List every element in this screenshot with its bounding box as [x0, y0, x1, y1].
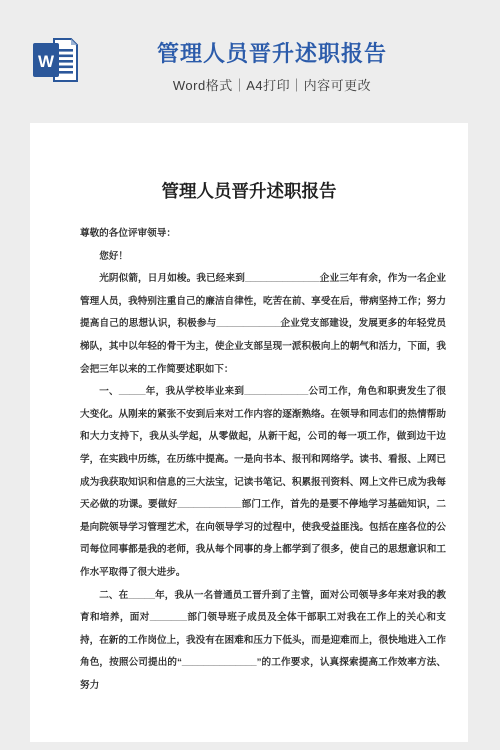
document-body: 尊敬的各位评审领导： 您好！ 光阴似箭，日月如梭。我已经来到__________… [80, 223, 446, 697]
document-page: 管理人员晋升述职报告 尊敬的各位评审领导： 您好！ 光阴似箭，日月如梭。我已经来… [30, 123, 468, 742]
paragraph-greeting: 您好！ [80, 246, 446, 269]
paragraph-salutation: 尊敬的各位评审领导： [80, 223, 446, 246]
document-heading: 管理人员晋升述职报告 [30, 179, 468, 203]
paragraph-intro: 光阴似箭，日月如梭。我已经来到______________企业三年有余，作为一名… [80, 268, 446, 381]
format-info: Word格式｜A4打印｜内容可更改 [44, 75, 500, 94]
header-title-block: 管理人员晋升述职报告 Word格式｜A4打印｜内容可更改 [44, 40, 500, 94]
header: W 管理人员晋升述职报告 Word格式｜A4打印｜内容可更改 [0, 0, 500, 123]
paragraph-section-one: 一、_____年，我从学校毕业来到____________公司工作，角色和职责发… [80, 381, 446, 584]
page-title: 管理人员晋升述职报告 [44, 40, 500, 68]
paragraph-section-two: 二、在_____年，我从一名普通员工晋升到了主管，面对公司领导多年来对我的教育和… [80, 585, 446, 698]
